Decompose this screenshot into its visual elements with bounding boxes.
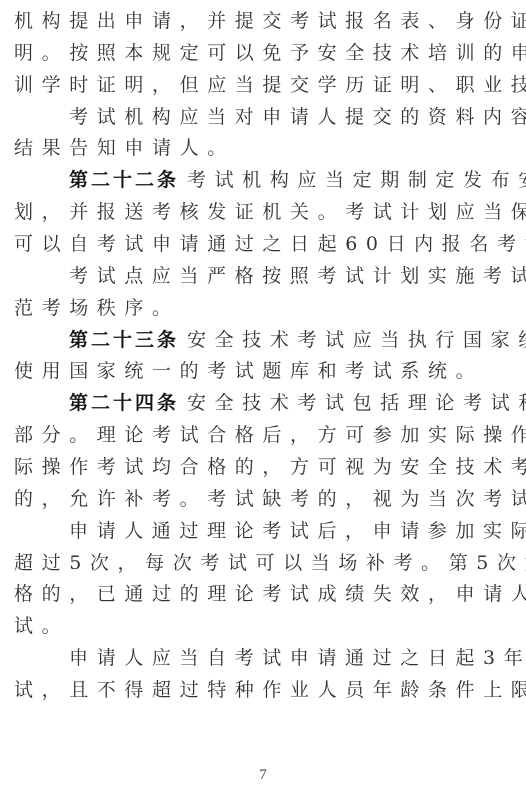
text-line: 考试机构应当对申请人提交的资料内容进行审查，并将审查 (14, 102, 514, 134)
line-text: 可以自考试申请通过之日起60日内报名考试。 (14, 233, 526, 255)
text-line: 的，允许补考。考试缺考的，视为当次考试不合格。 (14, 484, 514, 516)
text-line: 第二十三条安全技术考试应当执行国家统一的考核标准， (14, 325, 514, 357)
line-text: 安全技术考试包括理论考试和实际操作考试两 (187, 392, 526, 414)
text-line: 申请人应当自考试申请通过之日起3年内完成安全技术考 (14, 643, 514, 675)
text-line: 第二十四条安全技术考试包括理论考试和实际操作考试两 (14, 388, 514, 420)
text-line: 部分。理论考试合格后，方可参加实际操作考试。理论考试和实 (14, 420, 514, 452)
line-text: 结果告知申请人。 (14, 137, 235, 159)
line-text: 安全技术考试应当执行国家统一的考核标准， (187, 329, 526, 351)
text-line: 结果告知申请人。 (14, 133, 514, 165)
text-line: 第二十二条考试机构应当定期制定发布安全技术考试计 (14, 165, 514, 197)
text-line: 范考场秩序。 (14, 293, 514, 325)
line-text: 试，且不得超过特种作业人员年龄条件上限。 (14, 679, 526, 701)
text-line: 格的，已通过的理论考试成绩失效，申请人应当重新参加理论考 (14, 579, 514, 611)
line-text: 部分。理论考试合格后，方可参加实际操作考试。理论考试和实 (14, 424, 526, 446)
line-text: 考试机构应当定期制定发布安全技术考试计 (187, 169, 526, 191)
document-body: 机构提出申请，并提交考试报名表、身份证复印件、培训学时证明。按照本规定可以免予安… (14, 6, 514, 707)
line-text: 考试机构应当对申请人提交的资料内容进行审查，并将审查 (69, 106, 526, 128)
line-text: 的，允许补考。考试缺考的，视为当次考试不合格。 (14, 488, 526, 510)
text-line: 申请人通过理论考试后，申请参加实际操作考试的次数不得 (14, 516, 514, 548)
line-text: 际操作考试均合格的，方可视为安全技术考试合格。考试不合格 (14, 456, 526, 478)
article-heading: 第二十三条 (69, 329, 179, 351)
line-text: 考试点应当严格按照考试计划实施考试，严肃考试纪律、规 (69, 265, 526, 287)
article-heading: 第二十二条 (69, 169, 179, 191)
text-line: 超过5次，每次考试可以当场补考。第5次实际操作考试仍不合 (14, 548, 514, 580)
line-text: 试。 (14, 615, 69, 637)
line-text: 超过5次，每次考试可以当场补考。第5次实际操作考试仍不合 (14, 552, 526, 574)
text-line: 训学时证明，但应当提交学历证明、职业技能等级证书等材料。 (14, 70, 514, 102)
text-line: 试，且不得超过特种作业人员年龄条件上限。 (14, 675, 514, 707)
text-line: 划，并报送考核发证机关。考试计划应当保证符合条件的申请人 (14, 197, 514, 229)
text-line: 试。 (14, 611, 514, 643)
line-text: 申请人通过理论考试后，申请参加实际操作考试的次数不得 (69, 520, 526, 542)
line-text: 申请人应当自考试申请通过之日起3年内完成安全技术考 (69, 647, 526, 669)
text-line: 机构提出申请，并提交考试报名表、身份证复印件、培训学时证 (14, 6, 514, 38)
page-number: 7 (0, 767, 526, 784)
line-text: 机构提出申请，并提交考试报名表、身份证复印件、培训学时证 (14, 10, 526, 32)
line-text: 训学时证明，但应当提交学历证明、职业技能等级证书等材料。 (14, 74, 526, 96)
text-line: 使用国家统一的考试题库和考试系统。 (14, 356, 514, 388)
text-line: 际操作考试均合格的，方可视为安全技术考试合格。考试不合格 (14, 452, 514, 484)
text-line: 考试点应当严格按照考试计划实施考试，严肃考试纪律、规 (14, 261, 514, 293)
text-line: 明。按照本规定可以免予安全技术培训的申请人，可以不提交培 (14, 38, 514, 70)
line-text: 划，并报送考核发证机关。考试计划应当保证符合条件的申请人 (14, 201, 526, 223)
article-heading: 第二十四条 (69, 392, 179, 414)
line-text: 使用国家统一的考试题库和考试系统。 (14, 360, 483, 382)
text-line: 可以自考试申请通过之日起60日内报名考试。 (14, 229, 514, 261)
line-text: 范考场秩序。 (14, 297, 180, 319)
line-text: 格的，已通过的理论考试成绩失效，申请人应当重新参加理论考 (14, 583, 526, 605)
line-text: 明。按照本规定可以免予安全技术培训的申请人，可以不提交培 (14, 42, 526, 64)
